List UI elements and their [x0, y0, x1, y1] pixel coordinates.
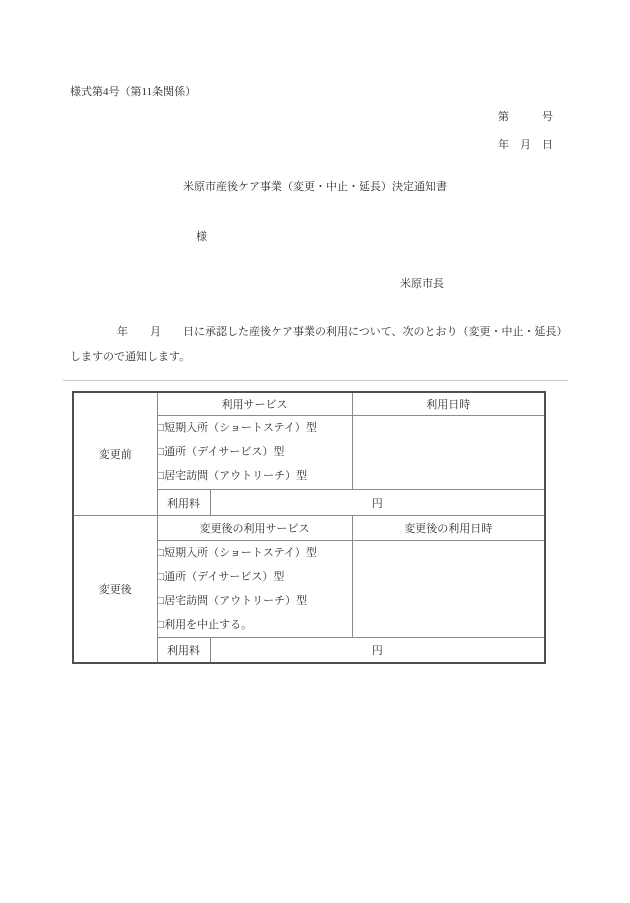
usage-datetime-cell-after	[352, 541, 545, 638]
datetime-header-after: 変更後の利用日時	[352, 516, 545, 541]
row-group-label-after: 変更後	[73, 516, 157, 664]
service-option-label: 短期入所（ショートステイ）型	[164, 422, 317, 434]
change-notification-table: 変更前 利用サービス 利用日時 □短期入所（ショートステイ）型 □通所（デイサー…	[72, 391, 546, 664]
service-checkbox-option: □居宅訪問（アウトリーチ）型	[158, 589, 352, 613]
service-header-before: 利用サービス	[157, 392, 352, 416]
service-header-after: 変更後の利用サービス	[157, 516, 352, 541]
service-option-label: 居宅訪問（アウトリーチ）型	[164, 470, 307, 482]
date-line: 年 月 日	[498, 136, 553, 152]
doc-number-line: 第 号	[498, 108, 553, 124]
usage-datetime-cell-before	[352, 416, 545, 490]
service-options-cell-before: □短期入所（ショートステイ）型 □通所（デイサービス）型 □居宅訪問（アウトリー…	[157, 416, 352, 490]
service-options-cell-after: □短期入所（ショートステイ）型 □通所（デイサービス）型 □居宅訪問（アウトリー…	[157, 541, 352, 638]
fee-amount-cell-after: 円	[210, 638, 545, 664]
service-checkbox-option: □通所（デイサービス）型	[158, 440, 352, 464]
service-option-label: 通所（デイサービス）型	[164, 446, 284, 458]
fee-unit-after: 円	[372, 645, 383, 657]
service-option-label: 利用を中止する。	[164, 619, 252, 631]
service-option-label: 居宅訪問（アウトリーチ）型	[164, 595, 307, 607]
fee-unit-before: 円	[372, 498, 383, 510]
service-checkbox-option: □短期入所（ショートステイ）型	[158, 416, 352, 440]
sender-mayor-label: 米原市長	[400, 275, 444, 291]
body-text-line2: しますので通知します。	[70, 348, 190, 364]
document-page: 様式第4号（第11条関係） 第 号 年 月 日 米原市産後ケア事業（変更・中止・…	[0, 0, 630, 903]
service-option-label: 通所（デイサービス）型	[164, 571, 284, 583]
body-text-line1: 年 月 日に承認した産後ケア事業の利用について、次のとおり（変更・中止・延長）	[117, 323, 568, 339]
service-checkbox-option: □居宅訪問（アウトリーチ）型	[158, 464, 352, 488]
addressee-sama-label: 様	[196, 228, 207, 244]
fee-label-after: 利用料	[157, 638, 210, 664]
form-number-label: 様式第4号（第11条関係）	[70, 83, 196, 99]
row-group-label-before: 変更前	[73, 392, 157, 516]
service-checkbox-option: □利用を中止する。	[158, 613, 352, 637]
fee-label-before: 利用料	[157, 490, 210, 516]
service-checkbox-option: □短期入所（ショートステイ）型	[158, 541, 352, 565]
service-checkbox-option: □通所（デイサービス）型	[158, 565, 352, 589]
service-option-label: 短期入所（ショートステイ）型	[164, 547, 317, 559]
datetime-header-before: 利用日時	[352, 392, 545, 416]
fee-amount-cell-before: 円	[210, 490, 545, 516]
page-title: 米原市産後ケア事業（変更・中止・延長）決定通知書	[0, 178, 630, 194]
table-top-rule	[63, 380, 568, 381]
